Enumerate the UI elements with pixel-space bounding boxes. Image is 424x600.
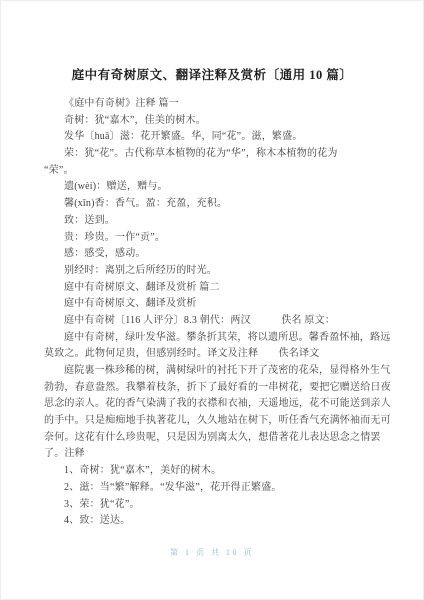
text-line: 别经时：离别之后所经历的时光。 <box>44 263 392 280</box>
text-line: 馨(xīn)香：香气。盈：充盈，充积。 <box>44 196 392 213</box>
text-line: 思念的亲人。花的香气染满了我的衣襟和衣袖，天遥地远，花不可能送到亲人 <box>44 396 392 413</box>
text-line: 1、奇树：犹“嘉木”，美好的树木。 <box>44 463 392 480</box>
text-line: “荣”。 <box>44 163 392 180</box>
text-line: 庭中有奇树，绿叶发华滋。攀条折其荣，将以遗所思。馨香盈怀袖，路远 <box>44 330 392 347</box>
document-body: 《庭中有奇树》注释 篇一奇树：犹“嘉木”，佳美的树木。发华〔huā〕滋：花开繁盛… <box>44 96 392 530</box>
text-line: 4、致：送达。 <box>44 513 392 530</box>
text-line: 3、荣：犹“花”。 <box>44 497 392 514</box>
text-line: 发华〔huā〕滋：花开繁盛。华，同“花”。滋，繁盛。 <box>44 129 392 146</box>
text-line: 庭中有奇树〔116 人评分〕8.3 朝代：两汉 佚名 原文： <box>44 313 392 330</box>
text-line: 《庭中有奇树》注释 篇一 <box>44 96 392 113</box>
text-line: 感：感受，感动。 <box>44 246 392 263</box>
text-line: 的手中。只是痴痴地手执著花儿，久久地站在树下，听任香气充满怀袖而无可 <box>44 413 392 430</box>
text-line: 莫致之。此物何足贵，但感别经时。译文及注释 佚名译文 <box>44 346 392 363</box>
text-line: 了。注释 <box>44 446 392 463</box>
text-line: 2、滋：当“繁”解释。“发华滋”，花开得正繁盛。 <box>44 480 392 497</box>
text-line: 勃勃，春意盎然。我攀着枝条，折下了最好看的一串树花，要把它赠送给日夜 <box>44 380 392 397</box>
text-line: 荣：犹“花”。古代称草本植物的花为“华”，称木本植物的花为 <box>44 146 392 163</box>
document-title: 庭中有奇树原文、翻译注释及赏析〔通用 10 篇〕 <box>1 65 423 83</box>
text-line: 奈何。这花有什么珍贵呢，只是因为别离太久，想借著花儿表达思念之情罢 <box>44 430 392 447</box>
document-page: 庭中有奇树原文、翻译注释及赏析〔通用 10 篇〕 《庭中有奇树》注释 篇一奇树：… <box>0 0 424 600</box>
text-line: 致：送到。 <box>44 213 392 230</box>
text-line: 贵：珍贵。一作“贡”。 <box>44 230 392 247</box>
text-line: 遗(wèi)：赠送，赠与。 <box>44 179 392 196</box>
text-line: 庭院裏一株珍稀的树，满树绿叶的衬托下开了茂密的花朵，显得格外生气 <box>44 363 392 380</box>
text-line: 庭中有奇树原文、翻译及赏析 <box>44 296 392 313</box>
page-number-footer: 第 1 页 共 10 页 <box>1 547 423 558</box>
text-line: 庭中有奇树原文、翻译及赏析 篇二 <box>44 280 392 297</box>
text-line: 奇树：犹“嘉木”，佳美的树木。 <box>44 113 392 130</box>
